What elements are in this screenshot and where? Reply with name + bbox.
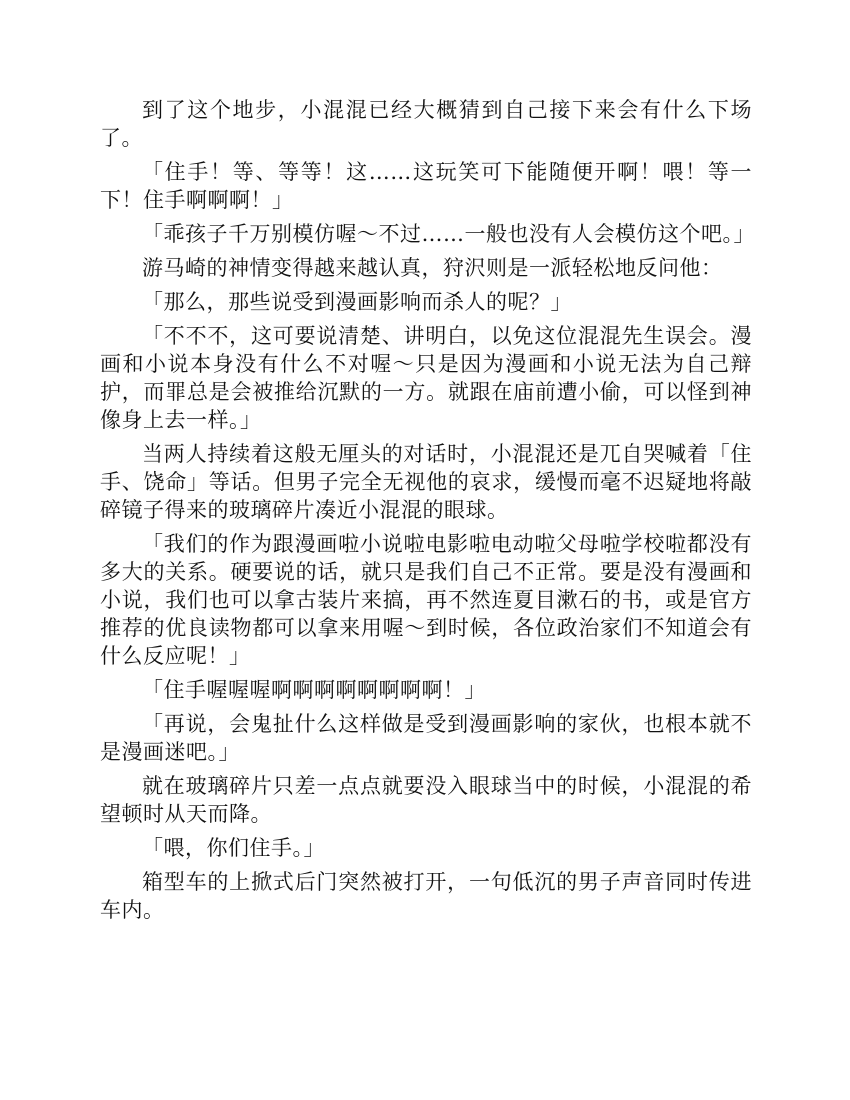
paragraph: 就在玻璃碎片只差一点点就要没入眼球当中的时候，小混混的希望顿时从天而降。 [100,772,752,828]
paragraph: 「那么，那些说受到漫画影响而杀人的呢？」 [100,288,752,316]
paragraph: 当两人持续着这般无厘头的对话时，小混混还是兀自哭喊着「住手、饶命」等话。但男子完… [100,440,752,524]
paragraph: 游马崎的神情变得越来越认真，狩沢则是一派轻松地反问他： [100,254,752,282]
paragraph: 到了这个地步，小混混已经大概猜到自己接下来会有什么下场了。 [100,96,752,152]
paragraph: 「不不不，这可要说清楚、讲明白，以免这位混混先生误会。漫画和小说本身没有什么不对… [100,322,752,434]
paragraph: 「住手！等、等等！这……这玩笑可下能随便开啊！喂！等一下！住手啊啊啊！」 [100,158,752,214]
paragraph: 箱型车的上掀式后门突然被打开，一句低沉的男子声音同时传进车内。 [100,868,752,924]
paragraph: 「我们的作为跟漫画啦小说啦电影啦电动啦父母啦学校啦都没有多大的关系。硬要说的话，… [100,530,752,670]
paragraph: 「再说，会鬼扯什么这样做是受到漫画影响的家伙，也根本就不是漫画迷吧。」 [100,710,752,766]
document-page: 到了这个地步，小混混已经大概猜到自己接下来会有什么下场了。 「住手！等、等等！这… [0,0,850,1100]
text-content: 到了这个地步，小混混已经大概猜到自己接下来会有什么下场了。 「住手！等、等等！这… [100,96,752,930]
paragraph: 「喂，你们住手。」 [100,834,752,862]
paragraph: 「乖孩子千万别模仿喔～不过……一般也没有人会模仿这个吧。」 [100,220,752,248]
paragraph: 「住手喔喔喔啊啊啊啊啊啊啊啊！」 [100,676,752,704]
